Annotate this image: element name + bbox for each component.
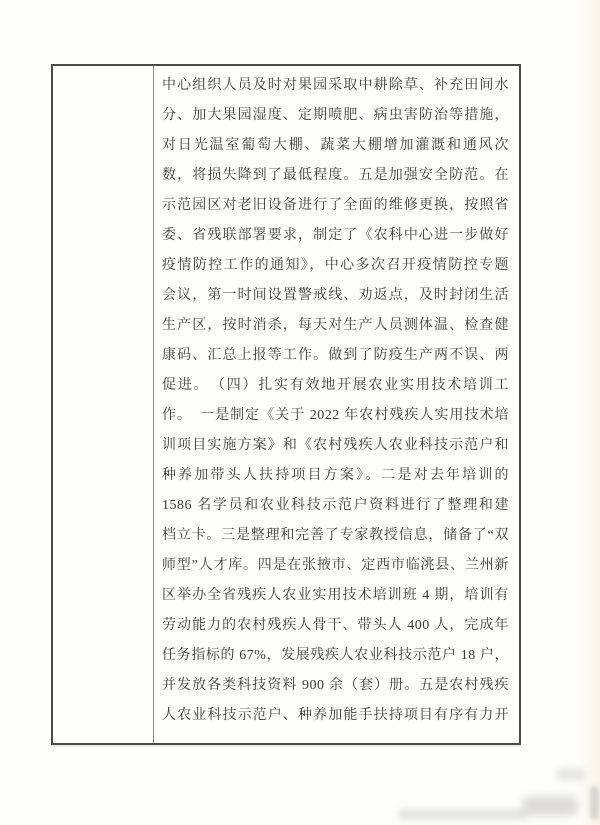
scan-edge-tint — [576, 0, 600, 825]
text-line: 种养加带头人扶持项目方案》。二是对去年培训的 — [162, 461, 509, 491]
text-line: 并发放各类科技资料 900 余（套）册。五是农村残疾 — [162, 671, 509, 701]
table-label-cell — [53, 66, 154, 743]
text-line: 委、省残联部署要求，制定了《农科中心进一步做好 — [162, 221, 509, 251]
text-line: 1586 名学员和农业科技示范户资料进行了整理和建 — [162, 491, 509, 521]
text-line: 训项目实施方案》和《农村残疾人农业科技示范户和 — [162, 431, 509, 461]
text-line: 会议，第一时间设置警戒线、劝返点，及时封闭生活 — [162, 281, 509, 311]
scan-artifact — [398, 809, 528, 820]
text-line: 师型”人才库。四是在张掖市、定西市临洮县、兰州新 — [162, 551, 509, 581]
text-line: 任务指标的 67%，发展残疾人农业科技示范户 18 户， — [162, 641, 509, 671]
text-line: 劳动能力的农村残疾人骨干、带头人 400 人，完成年 — [162, 611, 509, 641]
text-line: 生产区，按时消杀，每天对生产人员测体温、检查健 — [162, 311, 509, 341]
report-table: 中心组织人员及时对果园采取中耕除草、补充田间水分、加大果园湿度、定期喷肥、病虫害… — [51, 64, 521, 745]
scan-artifact — [522, 796, 578, 816]
text-line: 中心组织人员及时对果园采取中耕除草、补充田间水 — [162, 71, 509, 101]
text-line: 康码、汇总上报等工作。做到了防疫生产两不误、两 — [162, 341, 509, 371]
text-line: 疫情防控工作的通知》，中心多次召开疫情防控专题 — [162, 251, 509, 281]
scanned-document-page: 中心组织人员及时对果园采取中耕除草、补充田间水分、加大果园湿度、定期喷肥、病虫害… — [0, 0, 600, 825]
scan-artifact — [556, 768, 586, 781]
text-line: 促进。 （四）扎实有效地开展农业实用技术培训工 — [162, 371, 509, 401]
text-line: 区举办全省残疾人农业实用技术培训班 4 期，培训有 — [162, 581, 509, 611]
text-line: 示范园区对老旧设备进行了全面的维修更换，按照省 — [162, 191, 509, 221]
text-line: 数，将损失降到了最低程度。五是加强安全防范。在 — [162, 161, 509, 191]
text-line: 对日光温室葡萄大棚、蔬菜大棚增加灌溉和通风次 — [162, 131, 509, 161]
text-line: 作。 一是制定《关于 2022 年农村残疾人实用技术培 — [162, 401, 509, 431]
text-line: 档立卡。三是整理和完善了专家教授信息，储备了“双 — [162, 521, 509, 551]
text-lines: 中心组织人员及时对果园采取中耕除草、补充田间水分、加大果园湿度、定期喷肥、病虫害… — [162, 71, 509, 731]
text-line: 分、加大果园湿度、定期喷肥、病虫害防治等措施， — [162, 101, 509, 131]
text-line: 人农业科技示范户、种养加能手扶持项目有序有力开 — [162, 701, 509, 731]
scan-artifact — [590, 786, 599, 820]
table-content-cell: 中心组织人员及时对果园采取中耕除草、补充田间水分、加大果园湿度、定期喷肥、病虫害… — [154, 66, 519, 743]
